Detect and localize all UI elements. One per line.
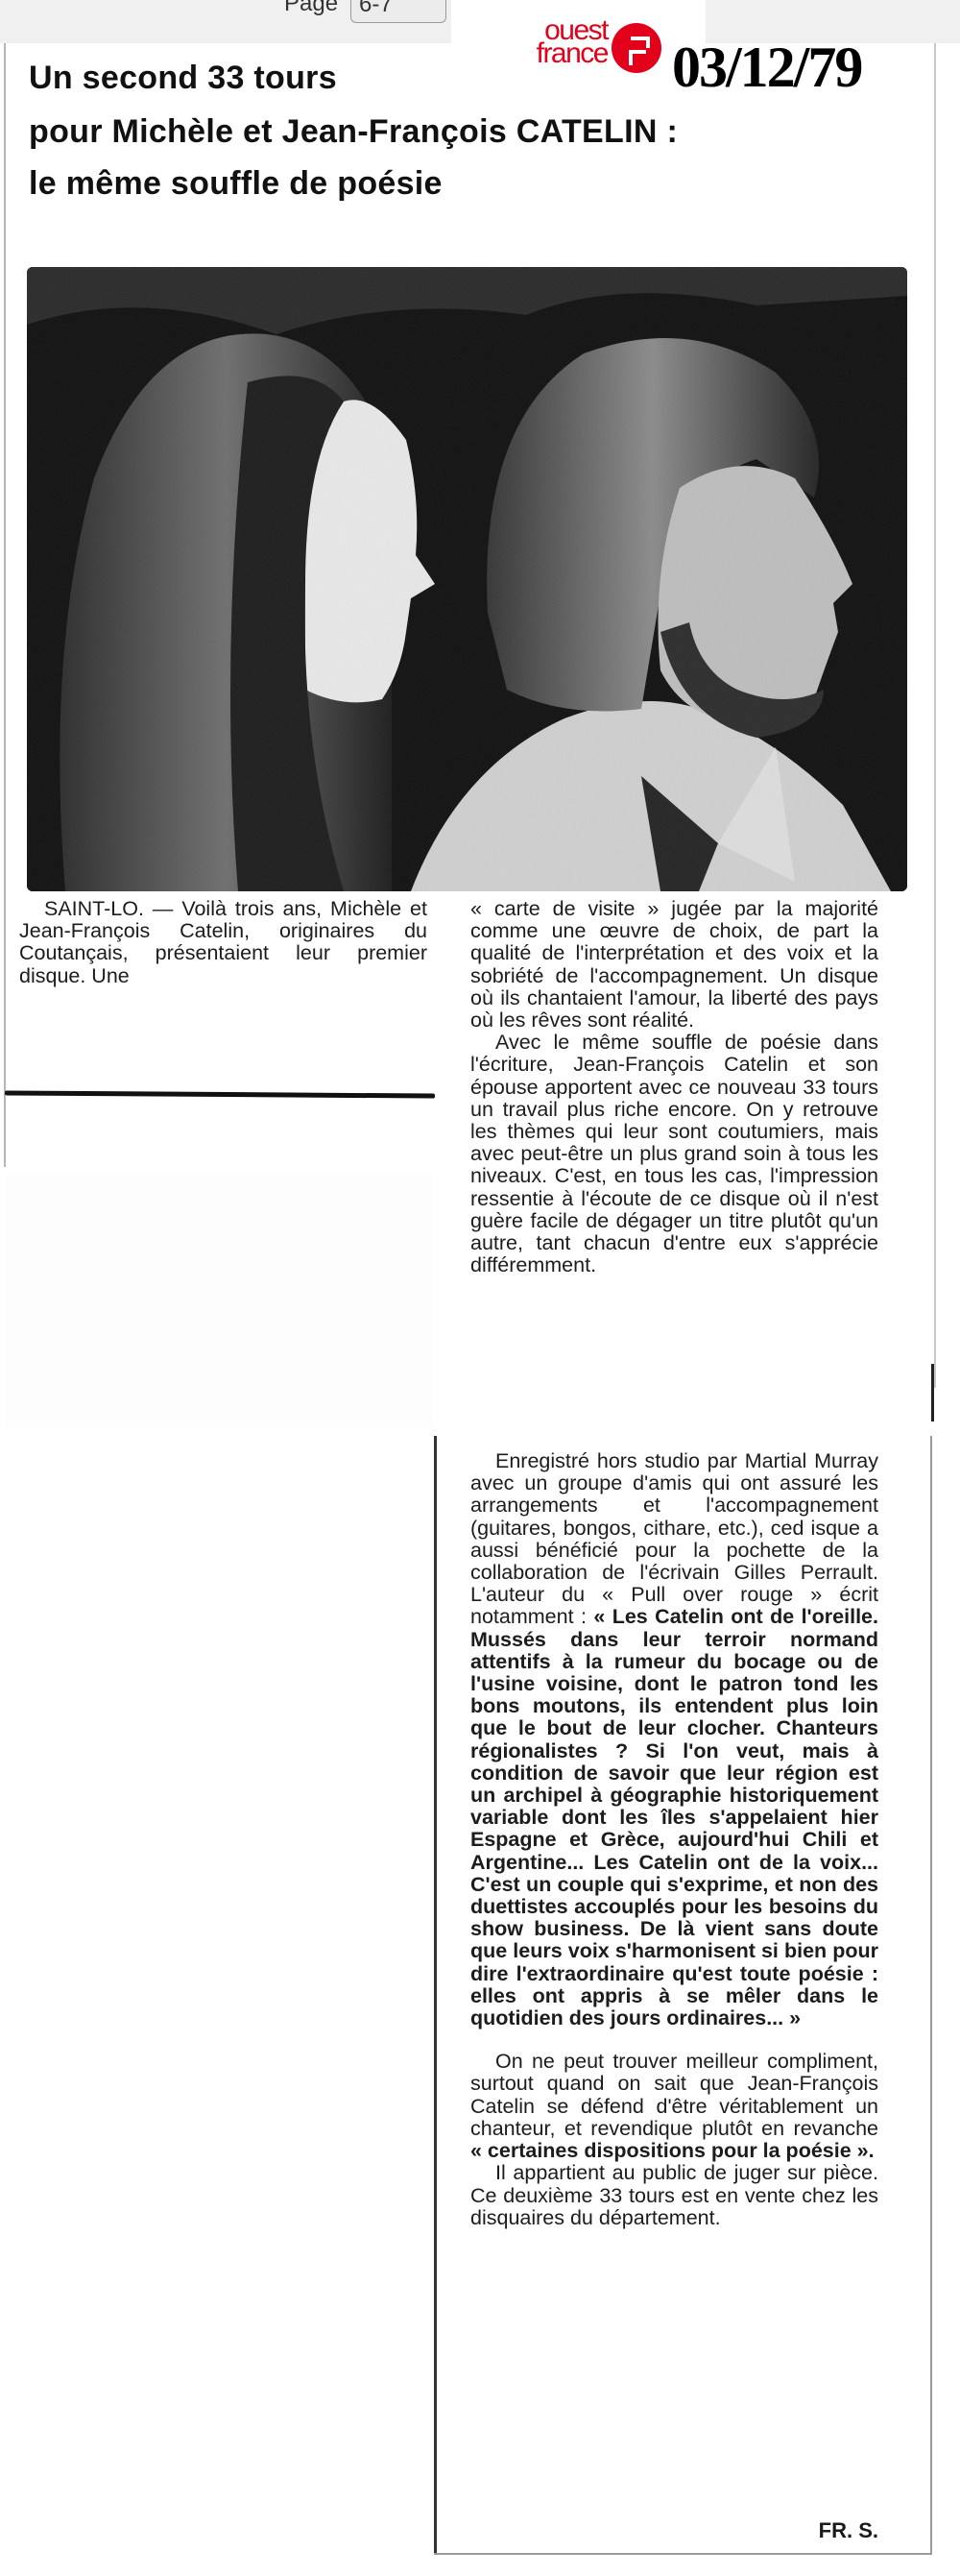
paragraph-compliment: On ne peut trouver meilleur compliment, …	[470, 2051, 878, 2162]
headline-line-2: pour Michèle et Jean-François CATELIN :	[29, 113, 678, 151]
logo-arrows-icon	[612, 23, 661, 73]
headline-line-1: Un second 33 tours	[29, 60, 337, 97]
text-enregistre: Enregistré hors studio par Martial Murra…	[470, 1449, 878, 1628]
page-label: Page	[284, 0, 338, 17]
faded-scan-area	[5, 1174, 432, 1428]
headline-line-3: le même souffle de poésie	[29, 165, 443, 203]
logo-wordmark: ouest france	[494, 19, 608, 65]
paragraph-intro: SAINT-LO. — Voilà trois ans, Michèle et …	[19, 898, 427, 987]
quote-dispositions: « certaines dispositions pour la poésie …	[470, 2139, 875, 2162]
photo-couple-illustration	[27, 267, 907, 891]
author-signature: FR. S.	[787, 2518, 878, 2543]
text-compliment: On ne peut trouver meilleur compliment, …	[470, 2050, 878, 2140]
logo-line-2: france	[494, 42, 608, 65]
paragraph-carte-de-visite: « carte de visite » jugée par la majorit…	[470, 898, 878, 1032]
article-photo	[27, 267, 907, 891]
ouest-france-logo: ouest france	[494, 19, 677, 81]
page-input[interactable]: 6-7	[350, 0, 446, 23]
publication-date: 03/12/79	[672, 35, 861, 101]
quote-gilles-perrault: « Les Catelin ont de l'oreille. Mussés d…	[470, 1605, 878, 2029]
frame-right-edge	[931, 1364, 934, 1422]
paragraph-enregistre: Enregistré hors studio par Martial Murra…	[470, 1450, 878, 2029]
continuation-column: Enregistré hors studio par Martial Murra…	[470, 1450, 878, 2229]
frame-left-border	[4, 43, 6, 1167]
caption-column-1: SAINT-LO. — Voilà trois ans, Michèle et …	[19, 898, 427, 987]
paragraph-conclusion: Il appartient au public de juger sur piè…	[470, 2162, 878, 2229]
caption-column-2: « carte de visite » jugée par la majorit…	[470, 898, 878, 1276]
paragraph-meme-souffle: Avec le même souffle de poésie dans l'éc…	[470, 1032, 878, 1276]
